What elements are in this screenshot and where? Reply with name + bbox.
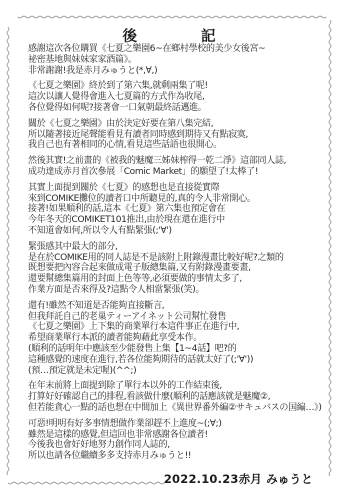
text-line: 其實上面提到關於《七夏》的感想也是直接從實際: [28, 183, 346, 194]
border-bottom-line: [8, 482, 168, 484]
text-line: 今後我也會好好地努力創作同人誌的,: [28, 440, 346, 451]
text-line: 希望商業單行本派的讀者能夠藉此享受本作。: [28, 333, 346, 344]
text-line: 成功達成赤月首次參展「Comic Market」的願望了!太棒了!: [28, 167, 346, 178]
paragraph: 《七夏之樂園》終於到了第六集,就剩兩集了呢!這次以讓人覺得會進入七夏篇的方式作為…: [28, 81, 346, 113]
text-line: 雖然是這樣的感覺,但這回也非常感謝各位讀者!: [28, 430, 346, 441]
text-line: 《七夏之樂園》終於到了第六集,就剩兩集了呢!: [28, 81, 346, 92]
text-line: (順利的話明年中應該至少能發售上集【1~4話】吧?的: [28, 344, 346, 355]
text-line: 祕密基地與妹妹家家酒篇》。: [28, 55, 346, 66]
text-line: 作業方面是否來得及?這點令人相當緊張(笑)。: [28, 285, 346, 296]
signature-date: 2022.10.23赤月 みゅうと: [164, 471, 313, 487]
text-line: 各位覺得如何呢?接著會一口氣朝最終話邁進。: [28, 103, 346, 114]
text-line: 關於《七夏之樂園》由於決定好要在第八集完結,: [28, 119, 346, 130]
title-char-left: 後: [123, 25, 138, 46]
text-line: 所以隨著接近尾聲能看見有讀者同時感到期待又有點寂寞,: [28, 130, 346, 141]
text-line: 然後其實!之前畫的《被我的魅魔三姊妹榨得一乾二淨》這部同人誌,: [28, 156, 346, 167]
border-top-line: [18, 16, 326, 18]
text-line: 這次以讓人覺得會進入七夏篇的方式作為收尾,: [28, 92, 346, 103]
border-left-line: [7, 27, 9, 475]
text-line: 但若能貪心一點的話也想在中間加上《異世界番外編②サキュバスの国編…》): [28, 403, 346, 414]
text-line: 我自己也有著相同的心情,看見這些話語也很開心。: [28, 140, 346, 151]
text-line: 今年冬天的COMIKET101推出,由於現在還在進行中: [28, 215, 346, 226]
text-line: 《七夏之樂園》上下集的商業單行本這件事正在進行中,: [28, 322, 346, 333]
text-line: 打算好好確認自己的排程,看該做什麼(順利的話應該就是魅魔②,: [28, 392, 346, 403]
text-line: 這種感覺的速度在進行,若各位能夠期待的話就太好了(;'∀')): [28, 355, 346, 366]
text-line: 還要幫總集篇用的封面上色等等,必須要做的事情太多了,: [28, 274, 346, 285]
text-line: 既想要把內容合起來做成電子版總集篇,又有附錄漫畫要畫,: [28, 263, 346, 274]
text-line: 是在於COMIKE用的同人誌是不是該附上附錄漫畫比較好呢?之類的: [28, 253, 346, 264]
text-line: 來到COMIKE攤位的讀者口中所聽見的,真的令人非常開心。: [28, 194, 346, 205]
text-line: 感謝這次各位購買《七夏之樂園6~在鄉村學校的美少女後宮~: [28, 44, 346, 55]
text-line: 所以也請各位繼續多多支持赤月みゅうと!!: [28, 451, 346, 462]
text-line: 不知道會如何,所以令人有點緊張(;'∀'): [28, 226, 346, 237]
paragraph: 在年末前將上面提到除了單行本以外的工作結束後,打算好好確認自己的排程,看該做什麼…: [28, 381, 346, 413]
paragraph: 還有!雖然不知道是否能夠直接斷言,但我拜託自己的老巢ティーアイネット公司幫忙發售…: [28, 301, 346, 377]
paragraph: 關於《七夏之樂園》由於決定好要在第八集完結,所以隨著接近尾聲能看見有讀者同時感到…: [28, 119, 346, 151]
text-line: 但我拜託自己的老巢ティーアイネット公司幫忙發售: [28, 312, 346, 323]
paragraph: 感謝這次各位購買《七夏之樂園6~在鄉村學校的美少女後宮~祕密基地與妹妹家家酒篇》…: [28, 44, 346, 76]
title-char-right: 記: [201, 25, 216, 46]
text-line: 在年末前將上面提到除了單行本以外的工作結束後,: [28, 381, 346, 392]
text-line: 緊張感其中最大的部分,: [28, 242, 346, 253]
afterword-body-text: 感謝這次各位購買《七夏之樂園6~在鄉村學校的美少女後宮~祕密基地與妹妹家家酒篇》…: [28, 44, 346, 467]
text-line: 還有!雖然不知道是否能夠直接斷言,: [28, 301, 346, 312]
text-line: 非常謝謝!我是赤月みゅうと(*,∀,): [28, 66, 346, 77]
text-line: (預…預定就是未定喔)(^^;): [28, 366, 346, 377]
paragraph: 然後其實!之前畫的《被我的魅魔三姊妹榨得一乾二淨》這部同人誌,成功達成赤月首次參…: [28, 156, 346, 178]
text-line: 接著!如果順利的話,這本《七夏》第六集也預定會在: [28, 204, 346, 215]
paragraph: 緊張感其中最大的部分,是在於COMIKE用的同人誌是不是該附上附錄漫畫比較好呢?…: [28, 242, 346, 296]
paragraph: 可惡!明明有好多事情想做作業卻趕不上進度~(;∀;)雖然是這樣的感覺,但這回也非…: [28, 419, 346, 462]
afterword-page: 後 記 感謝這次各位購買《七夏之樂園6~在鄉村學校的美少女後宮~祕密基地與妹妹家…: [0, 0, 360, 504]
text-line: 可惡!明明有好多事情想做作業卻趕不上進度~(;∀;): [28, 419, 346, 430]
paragraph: 其實上面提到關於《七夏》的感想也是直接從實際來到COMIKE攤位的讀者口中所聽見…: [28, 183, 346, 237]
page-title: 後 記: [0, 25, 338, 46]
